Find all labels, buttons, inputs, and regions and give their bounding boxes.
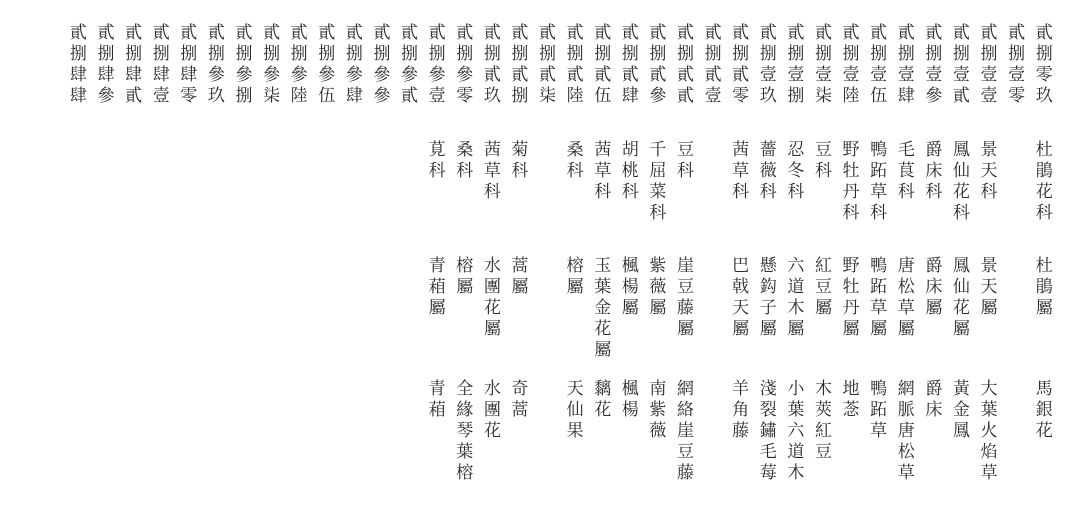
species-name: 奇蒿 xyxy=(508,379,525,421)
catalog-column: 貳捌貳陸 桑科 榕屬 天仙果 xyxy=(558,0,586,531)
specimen-number: 貳捌參陸 xyxy=(288,23,305,107)
catalog-column: 貳捌參玖 xyxy=(200,0,228,531)
species-name: 羊角藤 xyxy=(729,379,746,442)
species-name: 小葉六道木 xyxy=(784,379,801,484)
catalog-column: 貳捌壹參 爵床科 爵床屬 爵床 xyxy=(917,0,945,531)
genus-name: 爵床屬 xyxy=(922,256,939,319)
catalog-column: 貳捌參伍 xyxy=(310,0,338,531)
genus-name: 野牡丹屬 xyxy=(840,256,857,340)
genus-name: 唐松草屬 xyxy=(895,256,912,340)
specimen-number: 貳捌肆參 xyxy=(95,23,112,107)
genus-name: 榕屬 xyxy=(564,256,581,298)
family-name: 豆科 xyxy=(812,140,829,182)
family-name: 菊科 xyxy=(508,140,525,182)
specimen-number: 貳捌壹肆 xyxy=(895,23,912,107)
family-name: 茜草科 xyxy=(729,140,746,203)
genus-name: 玉葉金花屬 xyxy=(591,256,608,361)
family-name: 薔薇科 xyxy=(757,140,774,203)
family-name: 桑科 xyxy=(453,140,470,182)
specimen-number: 貳捌參肆 xyxy=(343,23,360,107)
genus-name: 鴨跖草屬 xyxy=(867,256,884,340)
catalog-column: 貳捌參貳 xyxy=(393,0,421,531)
specimen-number: 貳捌零玖 xyxy=(1033,23,1050,107)
catalog-column: 貳捌壹肆 毛茛科 唐松草屬 網脈唐松草 xyxy=(889,0,917,531)
catalog-column: 貳捌貳貳 豆科 崖豆藤屬 網絡崖豆藤 xyxy=(669,0,697,531)
species-name: 水團花 xyxy=(481,379,498,442)
specimen-number: 貳捌貳柒 xyxy=(536,23,553,107)
specimen-catalog-table: 貳捌零玖 杜鵑花科 杜鵑屬 馬銀花 貳捌壹零 貳捌壹壹 景天科 景天屬 大葉火焰… xyxy=(61,0,1055,531)
specimen-number: 貳捌貳貳 xyxy=(674,23,691,107)
family-name: 鳳仙花科 xyxy=(950,140,967,224)
family-name: 爵床科 xyxy=(922,140,939,203)
family-name: 茜草科 xyxy=(591,140,608,203)
specimen-number: 貳捌貳伍 xyxy=(591,23,608,107)
catalog-column: 貳捌貳零 茜草科 巴戟天屬 羊角藤 xyxy=(724,0,752,531)
genus-name: 鳳仙花屬 xyxy=(950,256,967,340)
family-name: 千屈菜科 xyxy=(646,140,663,224)
genus-name: 紅豆屬 xyxy=(812,256,829,319)
specimen-number: 貳捌貳捌 xyxy=(508,23,525,107)
catalog-column: 貳捌貳伍 茜草科 玉葉金花屬 黐花 xyxy=(586,0,614,531)
species-name: 楓楊 xyxy=(619,379,636,421)
specimen-number: 貳捌貳壹 xyxy=(702,23,719,107)
specimen-number: 貳捌參貳 xyxy=(398,23,415,107)
specimen-number: 貳捌壹柒 xyxy=(812,23,829,107)
family-name: 毛茛科 xyxy=(895,140,912,203)
catalog-column: 貳捌參壹 莧科 青葙屬 青葙 xyxy=(420,0,448,531)
catalog-column: 貳捌參柒 xyxy=(255,0,283,531)
species-name: 網絡崖豆藤 xyxy=(674,379,691,484)
genus-name: 蒿屬 xyxy=(508,256,525,298)
family-name: 豆科 xyxy=(674,140,691,182)
catalog-column: 貳捌貳柒 xyxy=(531,0,559,531)
genus-name: 景天屬 xyxy=(978,256,995,319)
specimen-number: 貳捌貳零 xyxy=(729,23,746,107)
family-name: 野牡丹科 xyxy=(840,140,857,224)
genus-name: 榕屬 xyxy=(453,256,470,298)
catalog-column: 貳捌壹柒 豆科 紅豆屬 木莢紅豆 xyxy=(807,0,835,531)
family-name: 胡桃科 xyxy=(619,140,636,203)
catalog-column: 貳捌壹玖 薔薇科 懸鈎子屬 淺裂鏽毛莓 xyxy=(751,0,779,531)
genus-name: 巴戟天屬 xyxy=(729,256,746,340)
genus-name: 懸鈎子屬 xyxy=(757,256,774,340)
specimen-number: 貳捌參壹 xyxy=(426,23,443,107)
catalog-column: 貳捌壹壹 景天科 景天屬 大葉火焰草 xyxy=(972,0,1000,531)
catalog-column: 貳捌壹陸 野牡丹科 野牡丹屬 地菍 xyxy=(834,0,862,531)
catalog-column: 貳捌壹零 xyxy=(1000,0,1028,531)
catalog-column: 貳捌壹伍 鴨跖草科 鴨跖草屬 鴨跖草 xyxy=(862,0,890,531)
specimen-number: 貳捌參捌 xyxy=(232,23,249,107)
genus-name: 杜鵑屬 xyxy=(1033,256,1050,319)
genus-name: 崖豆藤屬 xyxy=(674,256,691,340)
specimen-number: 貳捌貳參 xyxy=(646,23,663,107)
species-name: 大葉火焰草 xyxy=(978,379,995,484)
catalog-column: 貳捌肆零 xyxy=(172,0,200,531)
specimen-number: 貳捌貳肆 xyxy=(619,23,636,107)
species-name: 爵床 xyxy=(922,379,939,421)
species-name: 木莢紅豆 xyxy=(812,379,829,463)
family-name: 茜草科 xyxy=(481,140,498,203)
catalog-column: 貳捌參捌 xyxy=(227,0,255,531)
genus-name: 青葙屬 xyxy=(426,256,443,319)
catalog-column: 貳捌壹貳 鳳仙花科 鳳仙花屬 黃金鳳 xyxy=(945,0,973,531)
catalog-column: 貳捌參陸 xyxy=(282,0,310,531)
specimen-number: 貳捌肆貳 xyxy=(122,23,139,107)
genus-name: 六道木屬 xyxy=(784,256,801,340)
species-name: 南紫薇 xyxy=(646,379,663,442)
catalog-column: 貳捌零玖 杜鵑花科 杜鵑屬 馬銀花 xyxy=(1027,0,1055,531)
specimen-number: 貳捌參零 xyxy=(453,23,470,107)
specimen-number: 貳捌壹捌 xyxy=(784,23,801,107)
genus-name: 楓楊屬 xyxy=(619,256,636,319)
species-name: 鴨跖草 xyxy=(867,379,884,442)
genus-name: 紫薇屬 xyxy=(646,256,663,319)
specimen-number: 貳捌貳陸 xyxy=(564,23,581,107)
species-name: 網脈唐松草 xyxy=(895,379,912,484)
specimen-number: 貳捌壹伍 xyxy=(867,23,884,107)
specimen-number: 貳捌參柒 xyxy=(260,23,277,107)
specimen-number: 貳捌參玖 xyxy=(205,23,222,107)
family-name: 鴨跖草科 xyxy=(867,140,884,224)
catalog-column: 貳捌貳捌 菊科 蒿屬 奇蒿 xyxy=(503,0,531,531)
species-name: 黃金鳳 xyxy=(950,379,967,442)
catalog-column: 貳捌貳參 千屈菜科 紫薇屬 南紫薇 xyxy=(641,0,669,531)
catalog-column: 貳捌肆壹 xyxy=(144,0,172,531)
genus-name: 水團花屬 xyxy=(481,256,498,340)
specimen-number: 貳捌壹參 xyxy=(922,23,939,107)
catalog-column: 貳捌貳玖 茜草科 水團花屬 水團花 xyxy=(476,0,504,531)
species-name: 地菍 xyxy=(840,379,857,421)
catalog-column: 貳捌肆參 xyxy=(89,0,117,531)
catalog-column: 貳捌參參 xyxy=(365,0,393,531)
catalog-column: 貳捌肆貳 xyxy=(117,0,145,531)
specimen-number: 貳捌肆壹 xyxy=(150,23,167,107)
catalog-column: 貳捌貳肆 胡桃科 楓楊屬 楓楊 xyxy=(614,0,642,531)
specimen-number: 貳捌肆零 xyxy=(177,23,194,107)
specimen-number: 貳捌貳玖 xyxy=(481,23,498,107)
species-name: 全緣琴葉榕 xyxy=(453,379,470,484)
specimen-number: 貳捌壹貳 xyxy=(950,23,967,107)
specimen-number: 貳捌參伍 xyxy=(315,23,332,107)
specimen-number: 貳捌參參 xyxy=(370,23,387,107)
species-name: 馬銀花 xyxy=(1033,379,1050,442)
catalog-column: 貳捌貳壹 xyxy=(696,0,724,531)
specimen-number: 貳捌壹玖 xyxy=(757,23,774,107)
species-name: 天仙果 xyxy=(564,379,581,442)
family-name: 景天科 xyxy=(978,140,995,203)
family-name: 桑科 xyxy=(564,140,581,182)
catalog-column: 貳捌肆肆 xyxy=(62,0,90,531)
catalog-column: 貳捌壹捌 忍冬科 六道木屬 小葉六道木 xyxy=(779,0,807,531)
specimen-number: 貳捌壹陸 xyxy=(840,23,857,107)
catalog-column: 貳捌參肆 xyxy=(338,0,366,531)
family-name: 忍冬科 xyxy=(784,140,801,203)
family-name: 杜鵑花科 xyxy=(1033,140,1050,224)
family-name: 莧科 xyxy=(426,140,443,182)
specimen-number: 貳捌壹壹 xyxy=(978,23,995,107)
specimen-number: 貳捌壹零 xyxy=(1005,23,1022,107)
catalog-column: 貳捌參零 桑科 榕屬 全緣琴葉榕 xyxy=(448,0,476,531)
species-name: 青葙 xyxy=(426,379,443,421)
species-name: 黐花 xyxy=(591,379,608,421)
specimen-number: 貳捌肆肆 xyxy=(67,23,84,107)
species-name: 淺裂鏽毛莓 xyxy=(757,379,774,484)
